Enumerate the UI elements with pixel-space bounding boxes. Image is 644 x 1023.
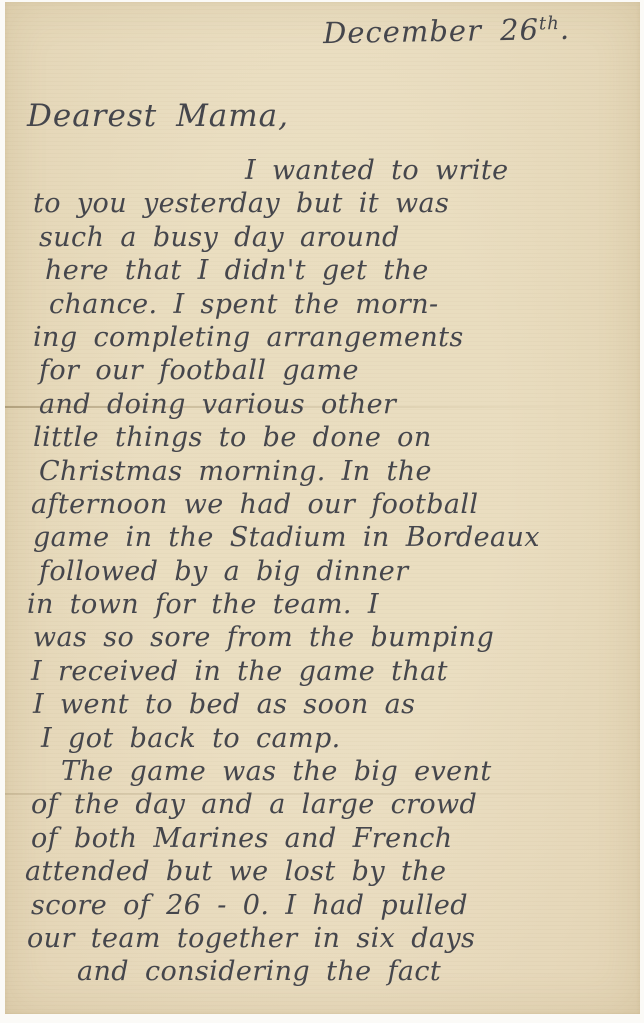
letter-line: attended but we lost by the <box>5 855 640 888</box>
letter-line: for our football game <box>5 354 640 387</box>
letter-line: score of 26 - 0. I had pulled <box>5 889 640 922</box>
letter-line: afternoon we had our football <box>5 488 640 521</box>
letter-line: of both Marines and French <box>5 822 640 855</box>
letter-line: such a busy day around <box>5 221 640 254</box>
letter-line: I wanted to write <box>5 154 640 187</box>
letter-line: here that I didn't get the <box>5 254 640 287</box>
letter-line: our team together in six days <box>5 922 640 955</box>
letter-line: of the day and a large crowd <box>5 788 640 821</box>
letter-page: December 26th. Dearest Mama, I wanted to… <box>5 2 640 1014</box>
letter-line: followed by a big dinner <box>5 555 640 588</box>
letter-date-main: December 26 <box>323 12 540 50</box>
letter-line: and doing various other <box>5 388 640 421</box>
letter-line: I got back to camp. <box>5 722 640 755</box>
letter-line: and considering the fact <box>5 955 640 988</box>
letter-line: little things to be done on <box>5 421 640 454</box>
letter-date: December 26th. <box>323 12 571 50</box>
letter-date-period: . <box>560 12 571 46</box>
letter-line: game in the Stadium in Bordeaux <box>5 521 640 554</box>
scanned-letter: December 26th. Dearest Mama, I wanted to… <box>0 0 644 1023</box>
letter-date-suffix: th <box>539 13 560 34</box>
letter-line: in town for the team. I <box>5 588 640 621</box>
letter-line: was so sore from the bumping <box>5 621 640 654</box>
letter-line: The game was the big event <box>5 755 640 788</box>
letter-line: Christmas morning. In the <box>5 455 640 488</box>
letter-line: chance. I spent the morn- <box>5 288 640 321</box>
letter-line: ing completing arrangements <box>5 321 640 354</box>
letter-line: to you yesterday but it was <box>5 187 640 220</box>
letter-body: I wanted to write to you yesterday but i… <box>5 154 640 989</box>
letter-salutation: Dearest Mama, <box>27 98 289 134</box>
letter-line: I received in the game that <box>5 655 640 688</box>
letter-line: I went to bed as soon as <box>5 688 640 721</box>
